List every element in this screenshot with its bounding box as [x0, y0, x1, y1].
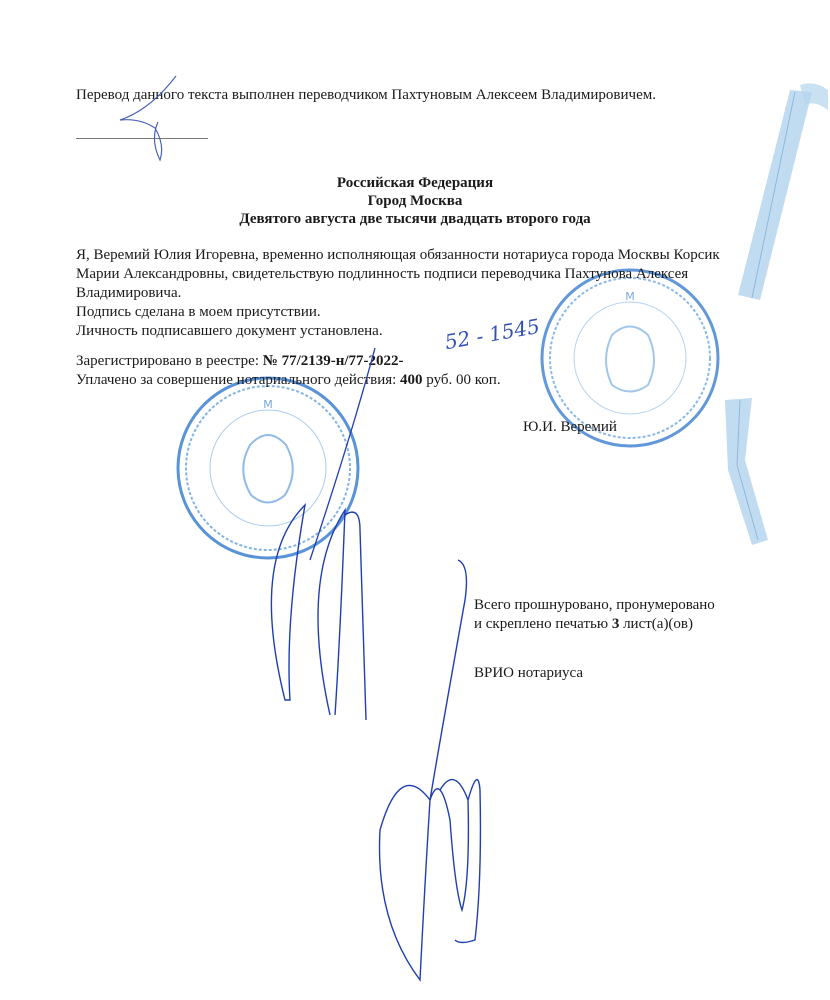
binding-ribbon [0, 0, 830, 1000]
certification-line-3: Владимировича. [76, 284, 181, 303]
stamps-layer: М М [0, 0, 830, 1000]
notary-seal-left: М [178, 378, 358, 558]
registry-label: Зарегистрировано в реестре: [76, 353, 263, 369]
binding-line-1: Всего прошнуровано, пронумеровано [474, 596, 715, 615]
acting-notary-label: ВРИО нотариуса [474, 664, 583, 683]
header-country: Российская Федерация [0, 174, 830, 193]
fee-line: Уплачено за совершение нотариального дей… [76, 371, 501, 390]
ink-layer: 52 - 1545 [0, 0, 830, 1000]
svg-text:М: М [263, 398, 273, 411]
certification-line-2: Марии Александровны, свидетельствую подл… [76, 265, 688, 284]
certification-line-4: Подпись сделана в моем присутствии. [76, 303, 321, 322]
notary-name: Ю.И. Веремий [523, 418, 617, 437]
svg-text:М: М [625, 290, 635, 303]
registry-number: № 77/2139-н/77-2022- [263, 353, 404, 369]
fee-amount: 400 [400, 372, 423, 388]
fee-label: Уплачено за совершение нотариального дей… [76, 372, 400, 388]
header-city: Город Москва [0, 192, 830, 211]
registry-line: Зарегистрировано в реестре: № 77/2139-н/… [76, 352, 404, 371]
certification-line-1: Я, Веремий Юлия Игоревна, временно испол… [76, 246, 720, 265]
binding-line-2: и скреплено печатью 3 лист(а)(ов) [474, 615, 693, 634]
translator-signature-line [76, 138, 208, 139]
fee-rest: руб. 00 коп. [423, 372, 501, 388]
certification-line-5: Личность подписавшего документ установле… [76, 322, 383, 341]
notary-signature-lower [430, 560, 466, 800]
translator-note: Перевод данного текста выполнен переводч… [76, 86, 656, 105]
notary-signature-upper [271, 505, 305, 700]
registry-handwritten-suffix: 52 - 1545 [443, 314, 542, 354]
header-date: Девятого августа две тысячи двадцать вто… [0, 210, 830, 229]
